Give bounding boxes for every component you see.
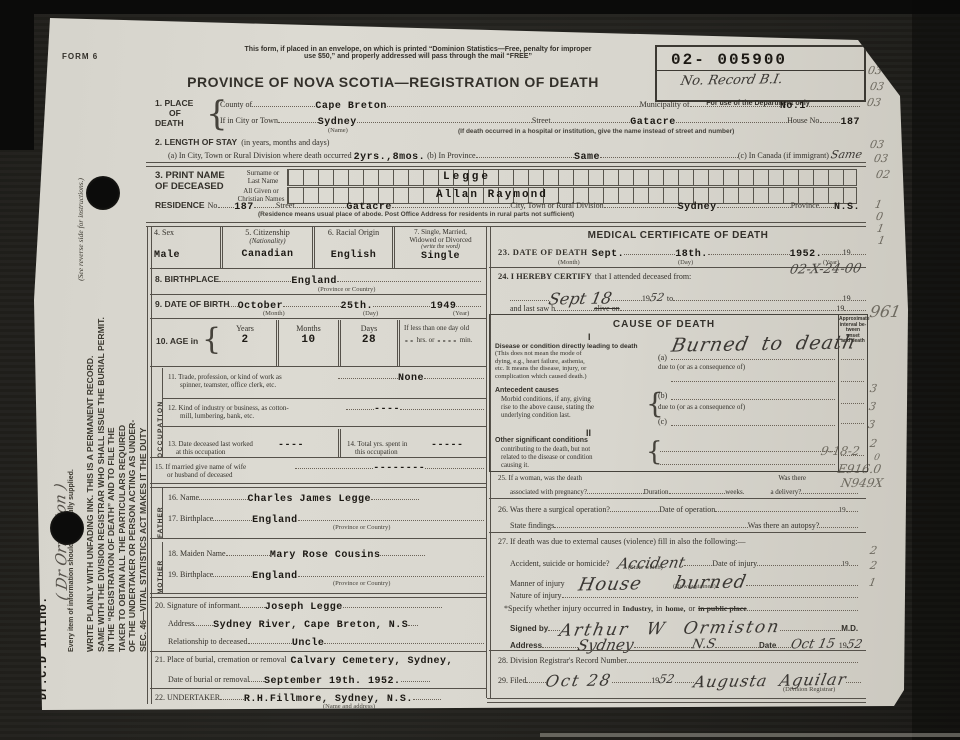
birth-year-note: (Year) (453, 310, 469, 317)
rule (150, 457, 486, 458)
trade-label-1: 11. Trade, profession, or kind of work a… (168, 373, 338, 381)
residence-label: RESIDENCE (155, 200, 205, 210)
department-box: 02- 005900 No. Record B.I. (655, 45, 866, 102)
cause-b-line (671, 399, 835, 400)
antecedent-description: Morbid conditions, if any, giving rise t… (501, 396, 651, 420)
county-value: Cape Breton (315, 101, 387, 112)
racial-origin-value: English (315, 250, 392, 261)
registration-stamp-number: 02- 005900 (671, 51, 864, 69)
registrar-record-number-row: 28. Division Registrar's Record Number (498, 654, 858, 665)
father-birthplace-note: (Province or Country) (333, 524, 390, 531)
rule (150, 538, 486, 539)
duration-label: Duration (644, 488, 669, 496)
length-of-stay-row: (a) In City, Town or Rural Division wher… (168, 148, 862, 162)
disease-label-3: dying, e.g., heart failure, asthenia, (495, 358, 657, 365)
operation-19: 19 (839, 506, 846, 514)
cause-of-death-title: CAUSE OF DEATH (490, 319, 838, 330)
age-years-label: Years (214, 324, 276, 333)
relationship-label: Relationship to deceased (168, 637, 248, 646)
place-of-death-county-row: County of Cape Breton Municipality of No… (220, 98, 860, 111)
industry-label-2: mill, lumbering, bank, etc. (180, 412, 346, 420)
certify-code-handwritten: 02-X-24-00 (788, 261, 862, 277)
physician-address-city: Sydney (576, 636, 635, 655)
physician-signature-row: Signed by Arthur W Ormiston M.D. (510, 616, 862, 636)
father-name-value: Charles James Legge (248, 494, 372, 505)
street-label: Street (532, 116, 551, 125)
operation-date-label: Date of operation (659, 505, 715, 514)
burial-place-label: 21. Place of burial, cremation or remova… (155, 655, 287, 664)
manner-label: Manner of injury (510, 579, 565, 588)
residence-note: (Residence means usual place of abode. P… (258, 211, 574, 218)
s1-label-line1: 1. PLACE (155, 98, 205, 108)
stay-canada-label: (c) In Canada (if immigrant) (738, 151, 829, 160)
house-no-label: House No. (787, 116, 821, 125)
rule (489, 650, 866, 651)
interval-line (841, 381, 864, 382)
citizenship-sublabel: (Nationality) (223, 237, 312, 245)
last-worked-value: ---- (278, 440, 304, 451)
birthplace-label: 8. BIRTHPLACE (155, 274, 219, 284)
cause-a-value: Burned to death (670, 331, 859, 356)
punch-hole-top (86, 176, 120, 210)
pregnancy-label-2: associated with pregnancy? (510, 488, 587, 496)
place-of-death-city-row: If in City or Town Sydney Street Gatacre… (220, 114, 860, 127)
spouse-label-1: 15. If married give name of wife (155, 463, 295, 471)
last-saw-19: 19 (836, 304, 844, 313)
sex-value: Male (154, 250, 220, 261)
industry-value: ---- (374, 404, 400, 415)
margin-code: 2 (869, 559, 878, 572)
cause-a-label: (a) (658, 353, 667, 362)
pregnancy-row-2: associated with pregnancy? Duration week… (510, 485, 858, 496)
father-vertical-label: FATHER (149, 488, 163, 538)
md-label: M.D. (841, 624, 858, 633)
death-month-value: Sept. (592, 249, 625, 260)
age-grid: Years 2 Months 10 Days 28 (214, 320, 400, 366)
residence-city-label: City, Town or Rural Division (510, 201, 603, 210)
relationship-value: Uncle (292, 638, 325, 649)
punch-hole-bottom (50, 511, 84, 545)
rule (150, 651, 486, 652)
sex-label: 4. Sex (154, 228, 220, 237)
citizenship-label: 5. Citizenship (223, 228, 312, 237)
sex-citizenship-race-marital-grid: 4. Sex Male 5. Citizenship (Nationality)… (150, 226, 486, 268)
s2-heading-bold: 2. LENGTH OF STAY (155, 137, 237, 147)
specify-row: *Specify whether injury occurred in Indu… (504, 602, 858, 613)
age-months-label: Months (279, 324, 338, 333)
weeks-label: weeks. (725, 488, 744, 496)
minutes-label: min. (460, 336, 473, 344)
date-of-injury-label: Date of injury (712, 559, 757, 568)
last-worked-label-1: 13. Date deceased last worked (168, 440, 278, 448)
specify-home: home, (665, 604, 685, 613)
date-of-death-row: 23. DATE OF DEATH Sept. 18th. 1952. 19 (498, 246, 866, 259)
margin-code: 1 (868, 576, 877, 589)
film-edge-left (0, 0, 34, 150)
rule (150, 593, 486, 598)
accident-label: Accident, suicide or homicide? (510, 559, 610, 568)
document-title: PROVINCE OF NOVA SCOTIA—REGISTRATION OF … (153, 74, 633, 90)
signed-by-label: Signed by (510, 624, 548, 633)
autopsy-label: Was there an autopsy? (748, 521, 820, 530)
birth-month-note: (Month) (263, 310, 285, 317)
age-days-value: 28 (341, 334, 397, 346)
record-number-handwritten: No. Record B.I. (679, 72, 784, 89)
marital-sublabel: (write the word) (395, 244, 486, 250)
house-no-value: 187 (840, 117, 860, 128)
death-month-note: (Month) (558, 259, 580, 266)
informant-address-label: Address (168, 619, 194, 628)
disease-label-5: complication which caused death.) (495, 373, 657, 380)
birth-day-note: (Day) (363, 310, 378, 317)
less-than-day-block: If less than one day old -- hrs. or ----… (404, 324, 484, 345)
date-of-birth-row: 9. DATE OF BIRTH October 25th. 1949 (155, 298, 481, 311)
minutes-value: ---- (437, 337, 458, 346)
interval-line (841, 455, 864, 456)
given-sublabel-1: All Given or (235, 187, 287, 195)
total-years-label-2: this occupation (355, 448, 431, 456)
statute-line: IN THE “REGISTRATION OF DEATH” AND TO FI… (106, 178, 117, 652)
cause-b-label: (b) (658, 391, 667, 400)
margin-code: 03 (873, 152, 889, 165)
s2-heading-rest: (in years, months and days) (241, 138, 329, 147)
burial-place-row: 21. Place of burial, cremation or remova… (155, 655, 484, 666)
informant-address-row: Address Sydney River, Cape Breton, N.S (168, 617, 484, 630)
total-years-value: ----- (431, 440, 464, 451)
street-value: Gatacre (630, 117, 676, 128)
last-saw-label: and last saw h (510, 304, 555, 313)
mother-birthplace-label: 19. Birthplace (168, 570, 213, 579)
death-19-prefix: 19 (843, 248, 851, 257)
other-label-2: contributing to the death, but not (501, 446, 651, 454)
father-vertical-text: FATHER (157, 506, 164, 538)
rule (150, 268, 486, 269)
medical-certificate-title: MEDICAL CERTIFICATE OF DEATH (498, 230, 858, 241)
interval-line (841, 403, 864, 404)
surname-letter-cells: Legge (287, 169, 857, 186)
residence-no-label: No. (208, 201, 220, 210)
other-conditions-label: Other significant conditions (495, 437, 588, 444)
delivery-label-2: a delivery? (770, 488, 801, 496)
cause-part-one: I (588, 332, 591, 342)
certify-label-bold: 24. I HEREBY CERTIFY (498, 271, 592, 281)
mailing-notice-line2: use $50,” and properly addressed will pa… (198, 53, 638, 60)
rule (150, 366, 486, 367)
antecedent-label-4: underlying condition last. (501, 412, 651, 420)
rule (162, 426, 486, 427)
form-left-border (147, 226, 152, 704)
alive-on-struck: alive on (594, 304, 620, 313)
antecedent-label-3: rise to the above cause, stating the (501, 404, 651, 412)
mother-birthplace-value: England (252, 571, 298, 582)
racial-origin-label: 6. Racial Origin (315, 228, 392, 237)
physician-address-label: Address (510, 641, 542, 650)
nature-of-injury-row: Nature of injury (510, 589, 858, 600)
statute-line: TAKER TO OBTAIN ALL THE PARTICULARS REQU… (117, 178, 128, 652)
signed-date-label: Date (759, 641, 776, 650)
birthplace-note: (Province or Country) (318, 286, 375, 293)
disease-description: Disease or condition directly leading to… (495, 343, 657, 380)
mother-birthplace-note: (Province or Country) (333, 580, 390, 587)
occupation-trade-row: 11. Trade, profession, or kind of work a… (168, 370, 484, 389)
margin-code: 3 (867, 418, 876, 431)
length-of-stay-heading: 2. LENGTH OF STAY (in years, months and … (155, 137, 575, 147)
mother-vertical-text: MOTHER (157, 560, 164, 594)
delivery-label-1: Was there (778, 474, 806, 482)
birthplace-row: 8. BIRTHPLACE England (155, 273, 481, 286)
filed-label: 29. Filed (498, 676, 526, 685)
statute-line: WRITE PLAINLY WITH UNFADING INK. THIS IS… (85, 178, 96, 652)
less-than-day-label: If less than one day old (404, 324, 484, 332)
residence-province-label: Province (791, 201, 819, 210)
margin-code: 03 (869, 80, 885, 93)
spouse-value: -------- (373, 463, 425, 474)
last-worked-label-2: at this occupation (176, 448, 278, 456)
surname-sublabel: Surname or Last Name (240, 169, 286, 185)
municipality-label: Municipality of (640, 100, 690, 109)
findings-label: State findings (510, 521, 554, 530)
margin-code: 03 (866, 96, 882, 109)
filed-row: 29. Filed Oct 28 19 52 Augusta Aguilar (498, 668, 866, 687)
film-edge-right (912, 0, 960, 740)
mailing-notice-line1: This form, if placed in an envelope, on … (198, 46, 638, 53)
death-year-value: 1952. (790, 249, 823, 260)
margin-code: 2 (869, 544, 878, 557)
cause-a-line (671, 359, 835, 360)
city-name-note: (Name) (328, 127, 348, 134)
division-registrar-note: (Division Registrar) (783, 686, 835, 693)
occupation-industry-row: 12. Kind of industry or business, as cot… (168, 401, 484, 420)
margin-code-cause: 961 (868, 302, 902, 321)
filed-date-value: Oct 28 (544, 670, 614, 690)
rule (150, 688, 486, 689)
residence-province-value: N.S. (834, 202, 860, 213)
marital-value: Single (395, 251, 486, 262)
certify-label-rest: that I attended deceased from: (595, 272, 691, 281)
occupation-dates-row: 13. Date deceased last worked at this oc… (168, 429, 484, 457)
rule (150, 318, 486, 319)
marital-label-1: 7. Single, Married, (395, 228, 486, 236)
margin-code: 3 (869, 382, 878, 395)
death-registration-document: FORM 6 SEC. 46—VITAL STATISTICS ACT MAKE… (28, 10, 908, 710)
age-label: 10. AGE in (156, 336, 198, 346)
mailing-notice: This form, if placed in an envelope, on … (198, 46, 638, 60)
margin-code: 1 (877, 234, 886, 247)
informant-address-value: Sydney River, Cape Breton, N.S (213, 620, 408, 631)
father-name-row: 16. Name Charles James Legge (168, 491, 484, 504)
father-birthplace-row: 17. Birthplace England (168, 512, 484, 525)
surname-value: Legge (443, 171, 491, 183)
burial-date-label: Date of burial or removal (168, 675, 249, 684)
burial-date-row: Date of burial or removal September 19th… (168, 673, 484, 686)
certify-heading-row: 24. I HEREBY CERTIFY that I attended dec… (498, 271, 818, 281)
residence-street-label: Street (276, 201, 295, 210)
rule (489, 498, 866, 499)
interval-line (841, 423, 864, 424)
hours-value: -- (404, 337, 415, 346)
trade-label-2: spinner, teamster, office clerk, etc. (180, 381, 338, 389)
disease-label-4: etc. It means the disease, injury, or (495, 365, 657, 372)
disease-label-1: Disease or condition directly leading to… (495, 343, 657, 350)
specify-public-place-struck: in public place (698, 604, 747, 613)
burial-place-value: Calvary Cemetery, Sydney, (291, 656, 454, 667)
industry-label-1: 12. Kind of industry or business, as cot… (168, 404, 346, 412)
mother-name-label: 18. Maiden Name (168, 549, 226, 558)
undertaker-label: 22. UNDERTAKER (155, 693, 220, 702)
operation-row: 26. Was there a surgical operation? Date… (498, 503, 858, 514)
filed-year-value: 52 (658, 672, 676, 686)
film-sliver-bottom (540, 733, 960, 737)
other-line-2 (660, 464, 835, 465)
residence-no-value: 187 (234, 202, 254, 213)
age-months-value: 10 (279, 334, 338, 346)
age-years-value: 2 (214, 334, 276, 346)
rule (162, 398, 486, 399)
stay-canada-value: Same (830, 148, 864, 162)
antecedent-label: Antecedent causes (495, 387, 559, 394)
death-day-note: (Day) (678, 259, 693, 266)
other-line-1 (660, 451, 835, 452)
place-of-death-label: 1. PLACE OF DEATH (155, 98, 205, 128)
specify-label-3: or (688, 604, 695, 613)
other-label-3: related to the disease or condition (501, 454, 651, 462)
due-to-1: due to (or as a consequence of) (658, 363, 745, 371)
s1-label-line2: OF (169, 108, 205, 118)
spouse-label-2: or husband of deceased (167, 471, 295, 479)
surname-sublabel-1: Surname or (240, 169, 286, 177)
rule (487, 698, 866, 703)
rule (489, 532, 866, 533)
cause-c-label: (c) (658, 417, 667, 426)
informant-signature-row: 20. Signature of informant Joseph Legge (155, 599, 484, 612)
age-days-label: Days (341, 324, 397, 333)
spouse-row: 15. If married give name of wife or husb… (155, 460, 484, 479)
cause-c-line (671, 425, 835, 426)
operation-label: 26. Was there a surgical operation? (498, 505, 610, 514)
disease-label-2: (This does not mean the mode of (495, 350, 657, 357)
father-birthplace-value: England (252, 515, 298, 526)
father-birthplace-label: 17. Birthplace (168, 514, 213, 523)
stay-city-label: (a) In City, Town or Rural Division wher… (168, 151, 352, 160)
occupation-vertical-text: OCCUPATION (157, 400, 164, 458)
burial-date-value: September 19th. 1952. (264, 676, 401, 687)
margin-code: 2 (869, 437, 878, 450)
residence-city-value: Sydney (678, 202, 717, 213)
county-label: County of (220, 100, 252, 109)
antecedent-label-2: Morbid conditions, if any, giving (501, 396, 651, 404)
other-label-4: causing it. (501, 462, 651, 470)
interval-line (841, 359, 864, 360)
informant-name-value: Joseph Legge (265, 602, 343, 613)
film-edge-top (0, 0, 960, 14)
cause-empty-line (671, 381, 835, 382)
registrar-record-label: 28. Division Registrar's Record Number (498, 656, 627, 665)
rule (150, 483, 486, 488)
age-section: 10. AGE in { Years 2 Months 10 Days 28 I… (150, 320, 486, 366)
statute-notice-vertical: SEC. 46—VITAL STATISTICS ACT MAKES IT TH… (74, 178, 148, 652)
margin-code: 03 (869, 138, 885, 151)
microfilm-photo: FORM 6 SEC. 46—VITAL STATISTICS ACT MAKE… (0, 0, 960, 740)
date-of-death-label: 23. DATE OF DEATH (498, 247, 588, 257)
rule (150, 294, 486, 295)
specify-label-2: in (656, 604, 662, 613)
total-years-label-1: 14. Total yrs. spent in (347, 440, 431, 448)
pregnancy-row-1: 25. If a woman, was the death Was there (498, 474, 858, 482)
stay-province-label: (b) In Province (427, 151, 475, 160)
due-to-2: due to (or as a consequence of) (658, 403, 745, 411)
s1-label-line3: DEATH (155, 118, 205, 128)
trade-value: None (398, 373, 424, 384)
occupation-vertical-label: OCCUPATION (149, 368, 163, 458)
statute-line: OF THE UNDERTAKER OR PERSON ACTING AS UN… (127, 178, 138, 652)
marital-label-2: Widowed or Divorced (395, 236, 486, 244)
citizenship-value: Canadian (223, 249, 312, 260)
municipality-value: No.1 (780, 101, 806, 112)
specify-industry: Industry, (623, 604, 654, 613)
form-number: FORM 6 (62, 52, 98, 61)
accident-row: Accident, suicide or homicide? Accident … (510, 552, 858, 570)
hours-label: hrs. or (417, 336, 435, 344)
last-saw-row: and last saw h alive on 19 (510, 302, 866, 313)
hospital-note: (If death occurred in a hospital or inst… (458, 128, 734, 135)
mother-vertical-label: MOTHER (149, 542, 163, 594)
father-name-label: 16. Name (168, 493, 199, 502)
mother-name-value: Mary Rose Cousins (270, 550, 381, 561)
mother-name-row: 18. Maiden Name Mary Rose Cousins (168, 547, 484, 560)
other-conditions-description: contributing to the death, but not relat… (501, 446, 651, 470)
informant-label: 20. Signature of informant (155, 601, 240, 610)
findings-row: State findings Was there an autopsy? (510, 519, 858, 530)
external-causes-heading: 27. If death was due to external causes … (498, 537, 745, 546)
rule (146, 162, 866, 167)
informant-relationship-row: Relationship to deceased Uncle (168, 635, 484, 648)
date-of-birth-label: 9. DATE OF BIRTH (155, 299, 229, 309)
signed-year-value: 52 (845, 637, 863, 651)
city-label: If in City or Town (220, 116, 278, 125)
margin-code: 02 (875, 168, 891, 181)
cause-of-death-box: Approximate interval be- tween onset and… (489, 314, 868, 472)
surname-sublabel-2: Last Name (240, 177, 286, 185)
margin-code: 3 (868, 400, 877, 413)
other-brace: { (646, 437, 663, 467)
mother-birthplace-row: 19. Birthplace England (168, 568, 484, 581)
statute-line: SAME WITH THE DIVISION REGISTRAR WHO SHA… (96, 178, 107, 652)
undertaker-row: 22. UNDERTAKER R.H.Fillmore, Sydney, N.S… (155, 691, 484, 704)
injury-19: 19 (842, 560, 849, 568)
specify-label-1: *Specify whether injury occurred in (504, 604, 620, 613)
pregnancy-label-1: 25. If a woman, was the death (498, 474, 582, 482)
nature-label: Nature of injury (510, 591, 562, 600)
